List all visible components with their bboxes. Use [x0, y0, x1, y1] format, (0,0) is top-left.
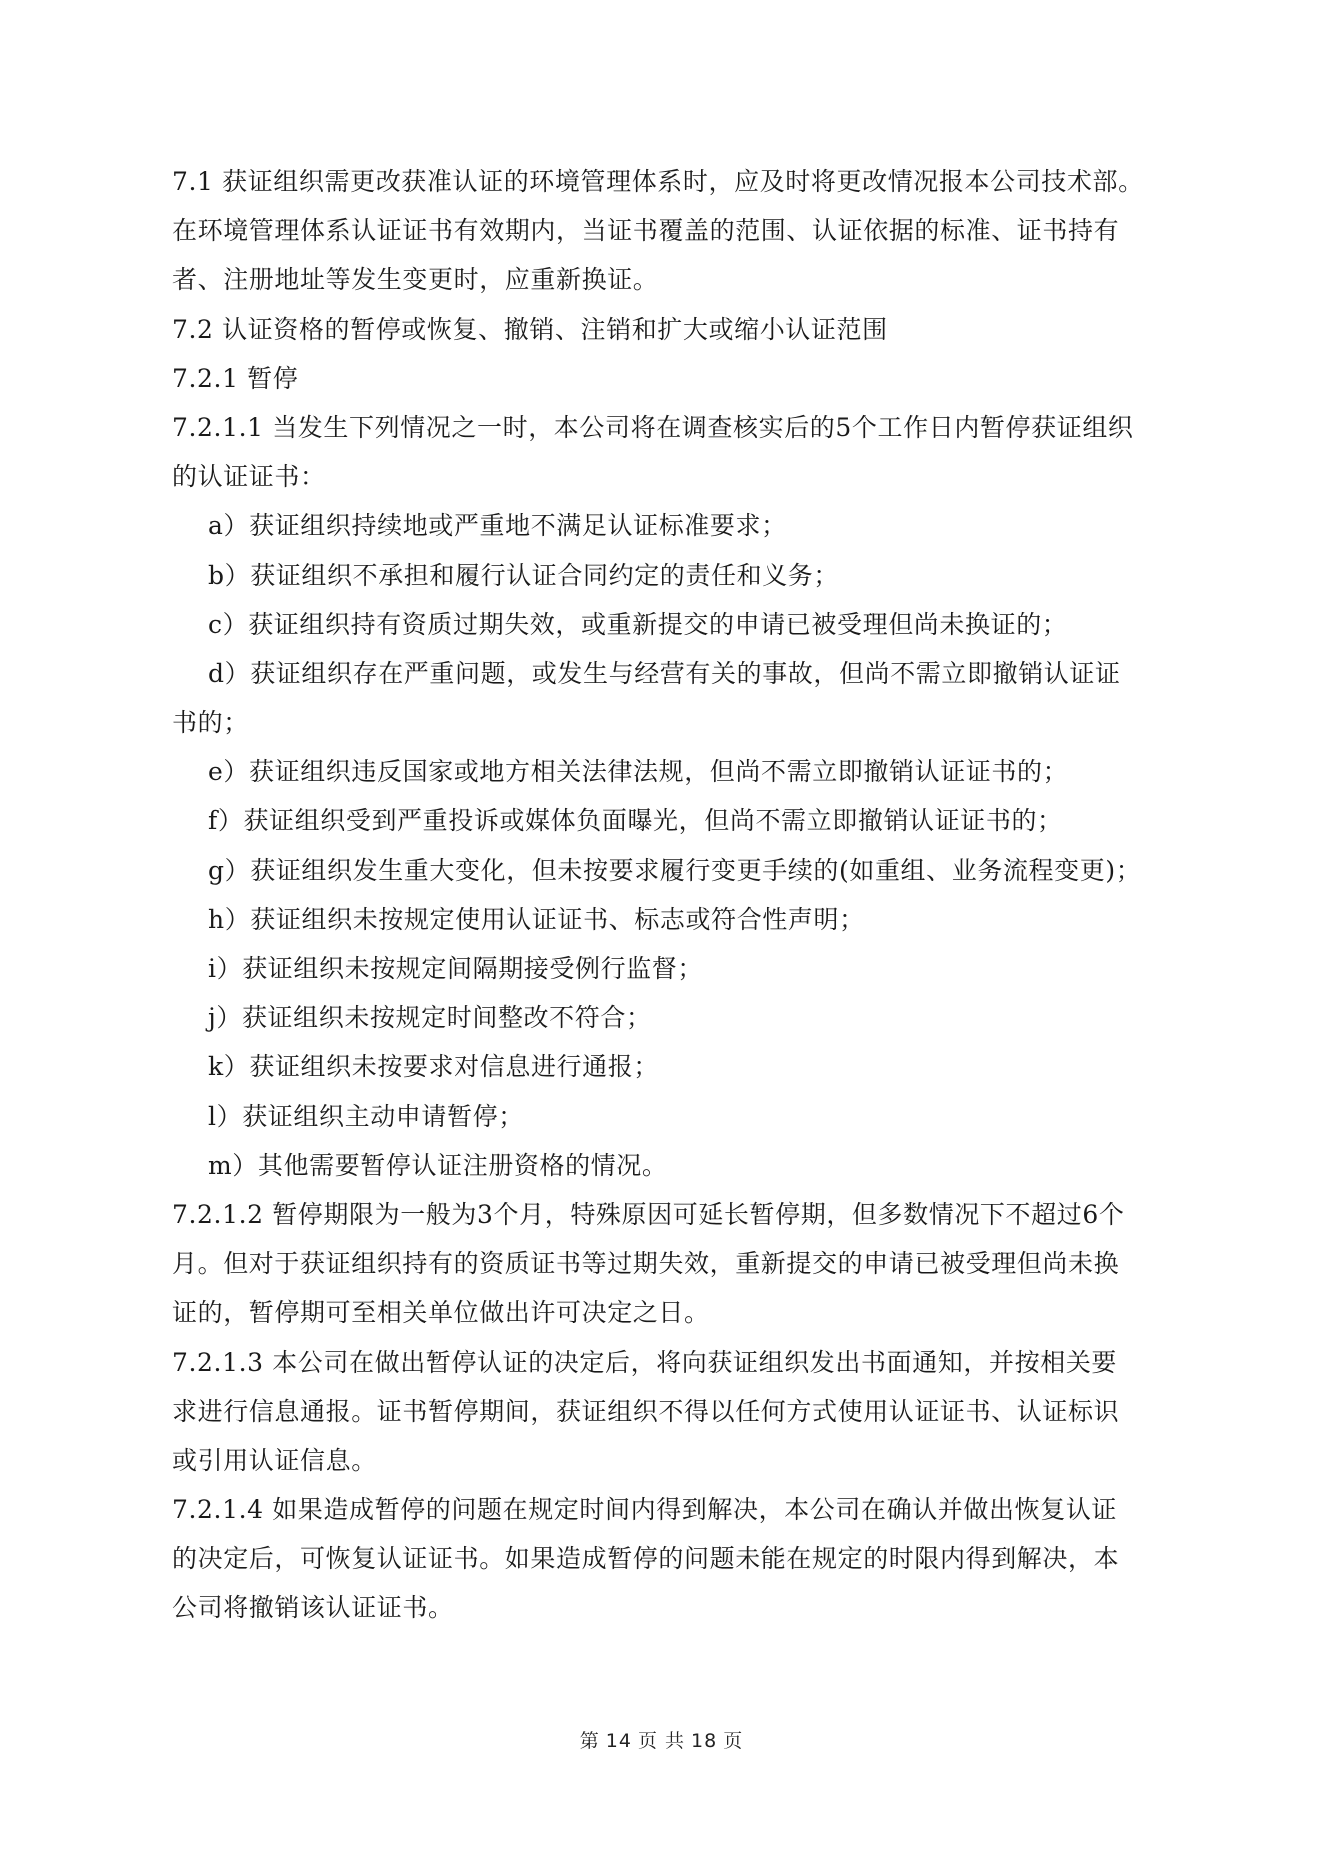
list-item-g: g）获证组织发生重大变化，但未按要求履行变更手续的(如重组、业务流程变更)； [172, 849, 1212, 898]
footer-prefix: 第 [577, 1730, 603, 1752]
clause-7-2-1-3-line-3: 或引用认证信息。 [172, 1439, 1212, 1488]
list-item-i: i）获证组织未按规定间隔期接受例行监督； [172, 947, 1212, 996]
section-7-1-line-2: 在环境管理体系认证证书有效期内，当证书覆盖的范围、认证依据的标准、证书持有 [172, 209, 1212, 258]
clause-7-2-1-1-line-1: 7.2.1.1 当发生下列情况之一时，本公司将在调查核实后的5个工作日内暂停获证… [172, 406, 1212, 455]
footer-middle: 页 共 [635, 1730, 688, 1752]
current-page-number: 14 [603, 1730, 635, 1752]
clause-7-2-1-4-line-1: 7.2.1.4 如果造成暂停的问题在规定时间内得到解决，本公司在确认并做出恢复认… [172, 1488, 1212, 1537]
clause-7-2-1-1-line-2: 的认证证书： [172, 455, 1212, 504]
document-page: 7.1 获证组织需更改获准认证的环境管理体系时，应及时将更改情况报本公司技术部。… [0, 0, 1323, 1871]
page-footer: 第14页 共18页 [0, 1726, 1323, 1753]
list-item-l: l）获证组织主动申请暂停； [172, 1095, 1212, 1144]
footer-suffix: 页 [720, 1730, 746, 1752]
list-item-f: f）获证组织受到严重投诉或媒体负面曝光，但尚不需立即撤销认证证书的； [172, 799, 1212, 848]
clause-7-2-1-4-line-2: 的决定后，可恢复认证证书。如果造成暂停的问题未能在规定的时限内得到解决，本 [172, 1537, 1212, 1586]
clause-7-2-1-2-line-1: 7.2.1.2 暂停期限为一般为3个月，特殊原因可延长暂停期，但多数情况下不超过… [172, 1193, 1212, 1242]
section-7-1-line-1: 7.1 获证组织需更改获准认证的环境管理体系时，应及时将更改情况报本公司技术部。 [172, 160, 1212, 209]
list-item-m: m）其他需要暂停认证注册资格的情况。 [172, 1144, 1212, 1193]
section-7-1-line-3: 者、注册地址等发生变更时，应重新换证。 [172, 258, 1212, 307]
list-item-c: c）获证组织持有资质过期失效，或重新提交的申请已被受理但尚未换证的； [172, 603, 1212, 652]
section-7-2-heading: 7.2 认证资格的暂停或恢复、撤销、注销和扩大或缩小认证范围 [172, 308, 1212, 357]
section-7-2-1-heading: 7.2.1 暂停 [172, 357, 1212, 406]
clause-7-2-1-4-line-3: 公司将撤销该认证证书。 [172, 1586, 1212, 1635]
list-item-d-continued: 书的； [172, 701, 1212, 750]
clause-7-2-1-3-line-2: 求进行信息通报。证书暂停期间，获证组织不得以任何方式使用认证证书、认证标识 [172, 1390, 1212, 1439]
clause-7-2-1-2-line-2: 月。但对于获证组织持有的资质证书等过期失效，重新提交的申请已被受理但尚未换 [172, 1242, 1212, 1291]
list-item-j: j）获证组织未按规定时间整改不符合； [172, 996, 1212, 1045]
clause-7-2-1-3-line-1: 7.2.1.3 本公司在做出暂停认证的决定后，将向获证组织发出书面通知，并按相关… [172, 1341, 1212, 1390]
list-item-h: h）获证组织未按规定使用认证证书、标志或符合性声明； [172, 898, 1212, 947]
total-pages-number: 18 [688, 1730, 720, 1752]
list-item-k: k）获证组织未按要求对信息进行通报； [172, 1045, 1212, 1094]
list-item-a: a）获证组织持续地或严重地不满足认证标准要求； [172, 504, 1212, 553]
list-item-b: b）获证组织不承担和履行认证合同约定的责任和义务； [172, 554, 1212, 603]
list-item-d: d）获证组织存在严重问题，或发生与经营有关的事故，但尚不需立即撤销认证证 [172, 652, 1212, 701]
document-body: 7.1 获证组织需更改获准认证的环境管理体系时，应及时将更改情况报本公司技术部。… [172, 160, 1212, 1636]
list-item-e: e）获证组织违反国家或地方相关法律法规，但尚不需立即撤销认证证书的； [172, 750, 1212, 799]
clause-7-2-1-2-line-3: 证的，暂停期可至相关单位做出许可决定之日。 [172, 1291, 1212, 1340]
